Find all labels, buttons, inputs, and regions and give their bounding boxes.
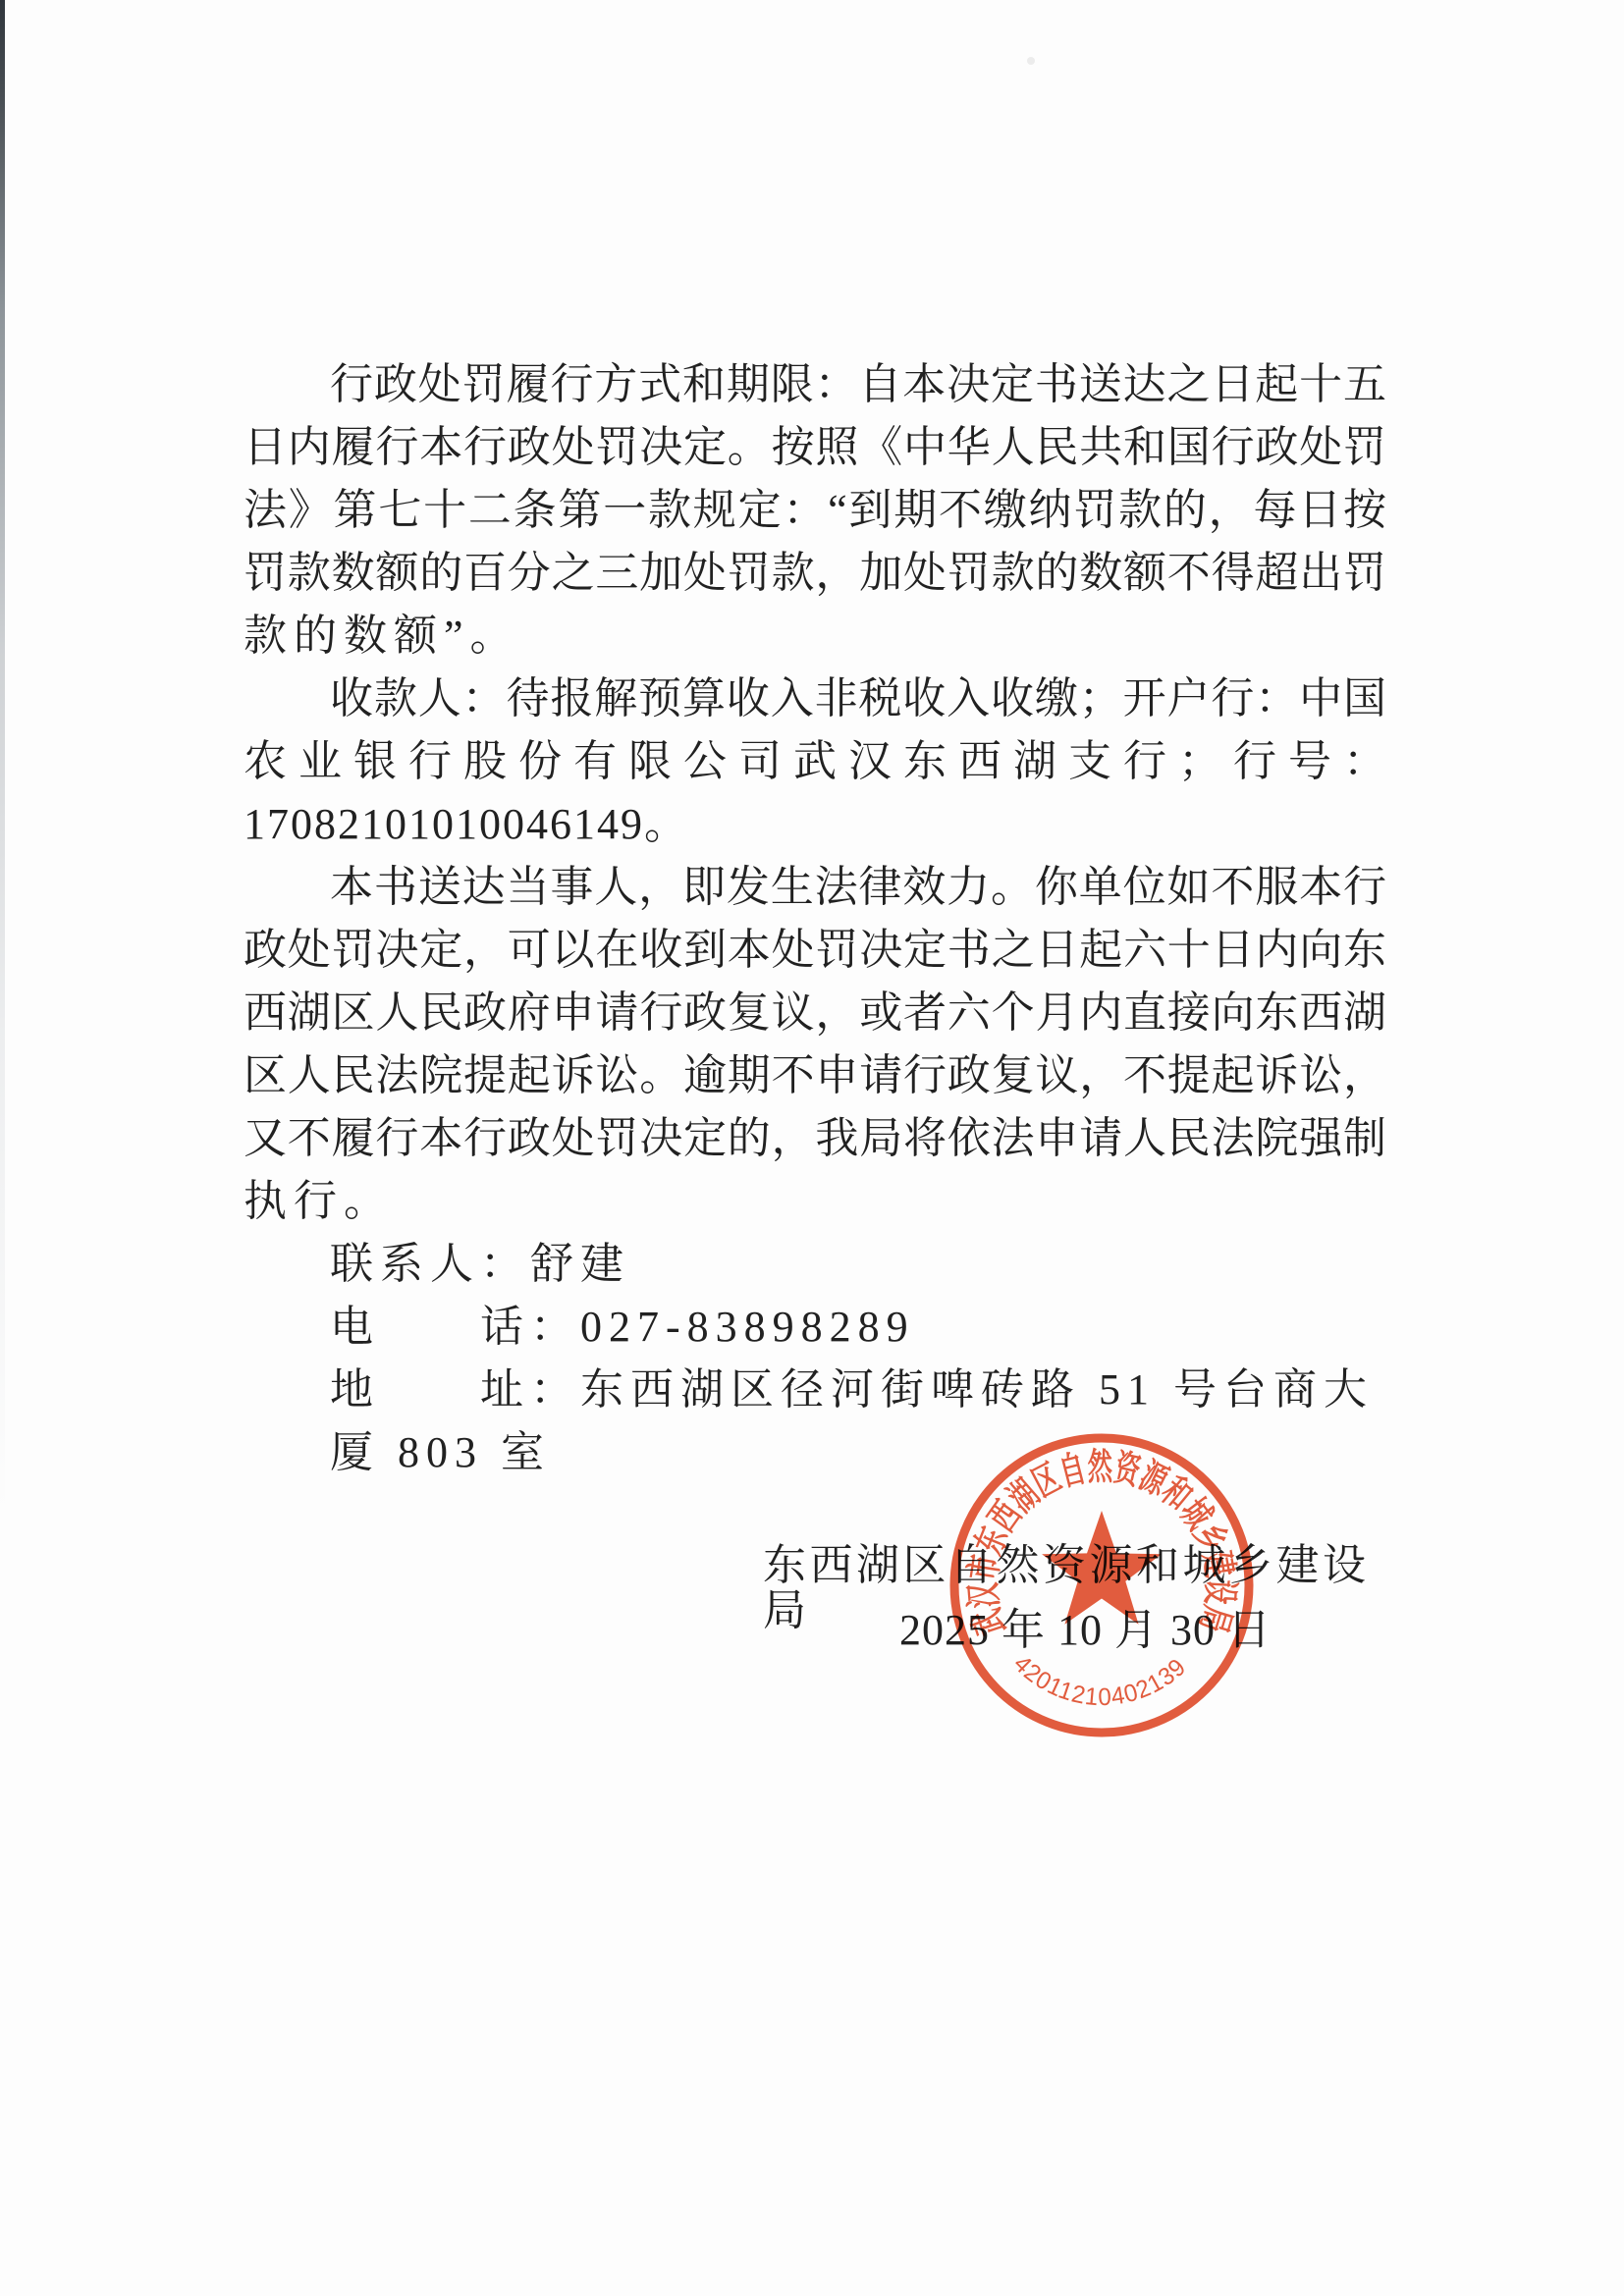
document-line: 收款人：待报解预算收入非税收入收缴；开户行：中国 <box>244 667 1386 730</box>
document-line: 罚款数额的百分之三加处罚款，加处罚款的数额不得超出罚 <box>244 542 1386 605</box>
contact-phone-line: 电 话：027-83898289 <box>244 1296 1386 1359</box>
document-body: 行政处罚履行方式和期限：自本决定书送达之日起十五 日内履行本行政处罚决定。按照《… <box>244 353 1386 1421</box>
document-line: 日内履行本行政处罚决定。按照《中华人民共和国行政处罚 <box>244 416 1386 479</box>
seal-graphic: 武汉市东西湖区自然资源和城乡建设局 42011210402139 <box>945 1428 1259 1742</box>
scan-speck <box>1027 57 1035 65</box>
document-line: 西湖区人民政府申请行政复议，或者六个月内直接向东西湖 <box>244 982 1386 1044</box>
document-line: 区人民法院提起诉讼。逾期不申请行政复议，不提起诉讼， <box>244 1044 1386 1107</box>
official-seal-stamp: 武汉市东西湖区自然资源和城乡建设局 42011210402139 <box>945 1428 1259 1742</box>
scan-edge-artifact <box>0 0 5 1718</box>
document-line: 行政处罚履行方式和期限：自本决定书送达之日起十五 <box>244 353 1386 416</box>
document-line: 政处罚决定，可以在收到本处罚决定书之日起六十日内向东 <box>244 919 1386 982</box>
document-page: 行政处罚履行方式和期限：自本决定书送达之日起十五 日内履行本行政处罚决定。按照《… <box>0 0 1624 2296</box>
document-line: 法》第七十二条第一款规定：“到期不缴纳罚款的，每日按 <box>244 479 1386 542</box>
star-icon <box>1042 1511 1162 1625</box>
contact-address-line: 地 址：东西湖区径河街啤砖路 51 号台商大厦 803 室 <box>244 1359 1386 1421</box>
contact-person-line: 联系人：舒建 <box>244 1233 1386 1296</box>
document-line: 款的数额”。 <box>244 605 1386 667</box>
bank-account-number: 17082101010046149。 <box>244 793 1386 856</box>
document-line: 又不履行本行政处罚决定的，我局将依法申请人民法院强制 <box>244 1107 1386 1170</box>
document-line: 农业银行股份有限公司武汉东西湖支行；行号： <box>244 730 1386 793</box>
document-line: 本书送达当事人，即发生法律效力。你单位如不服本行 <box>244 856 1386 919</box>
seal-code-number: 42011210402139 <box>1008 1650 1192 1711</box>
document-line: 执行。 <box>244 1170 1386 1233</box>
